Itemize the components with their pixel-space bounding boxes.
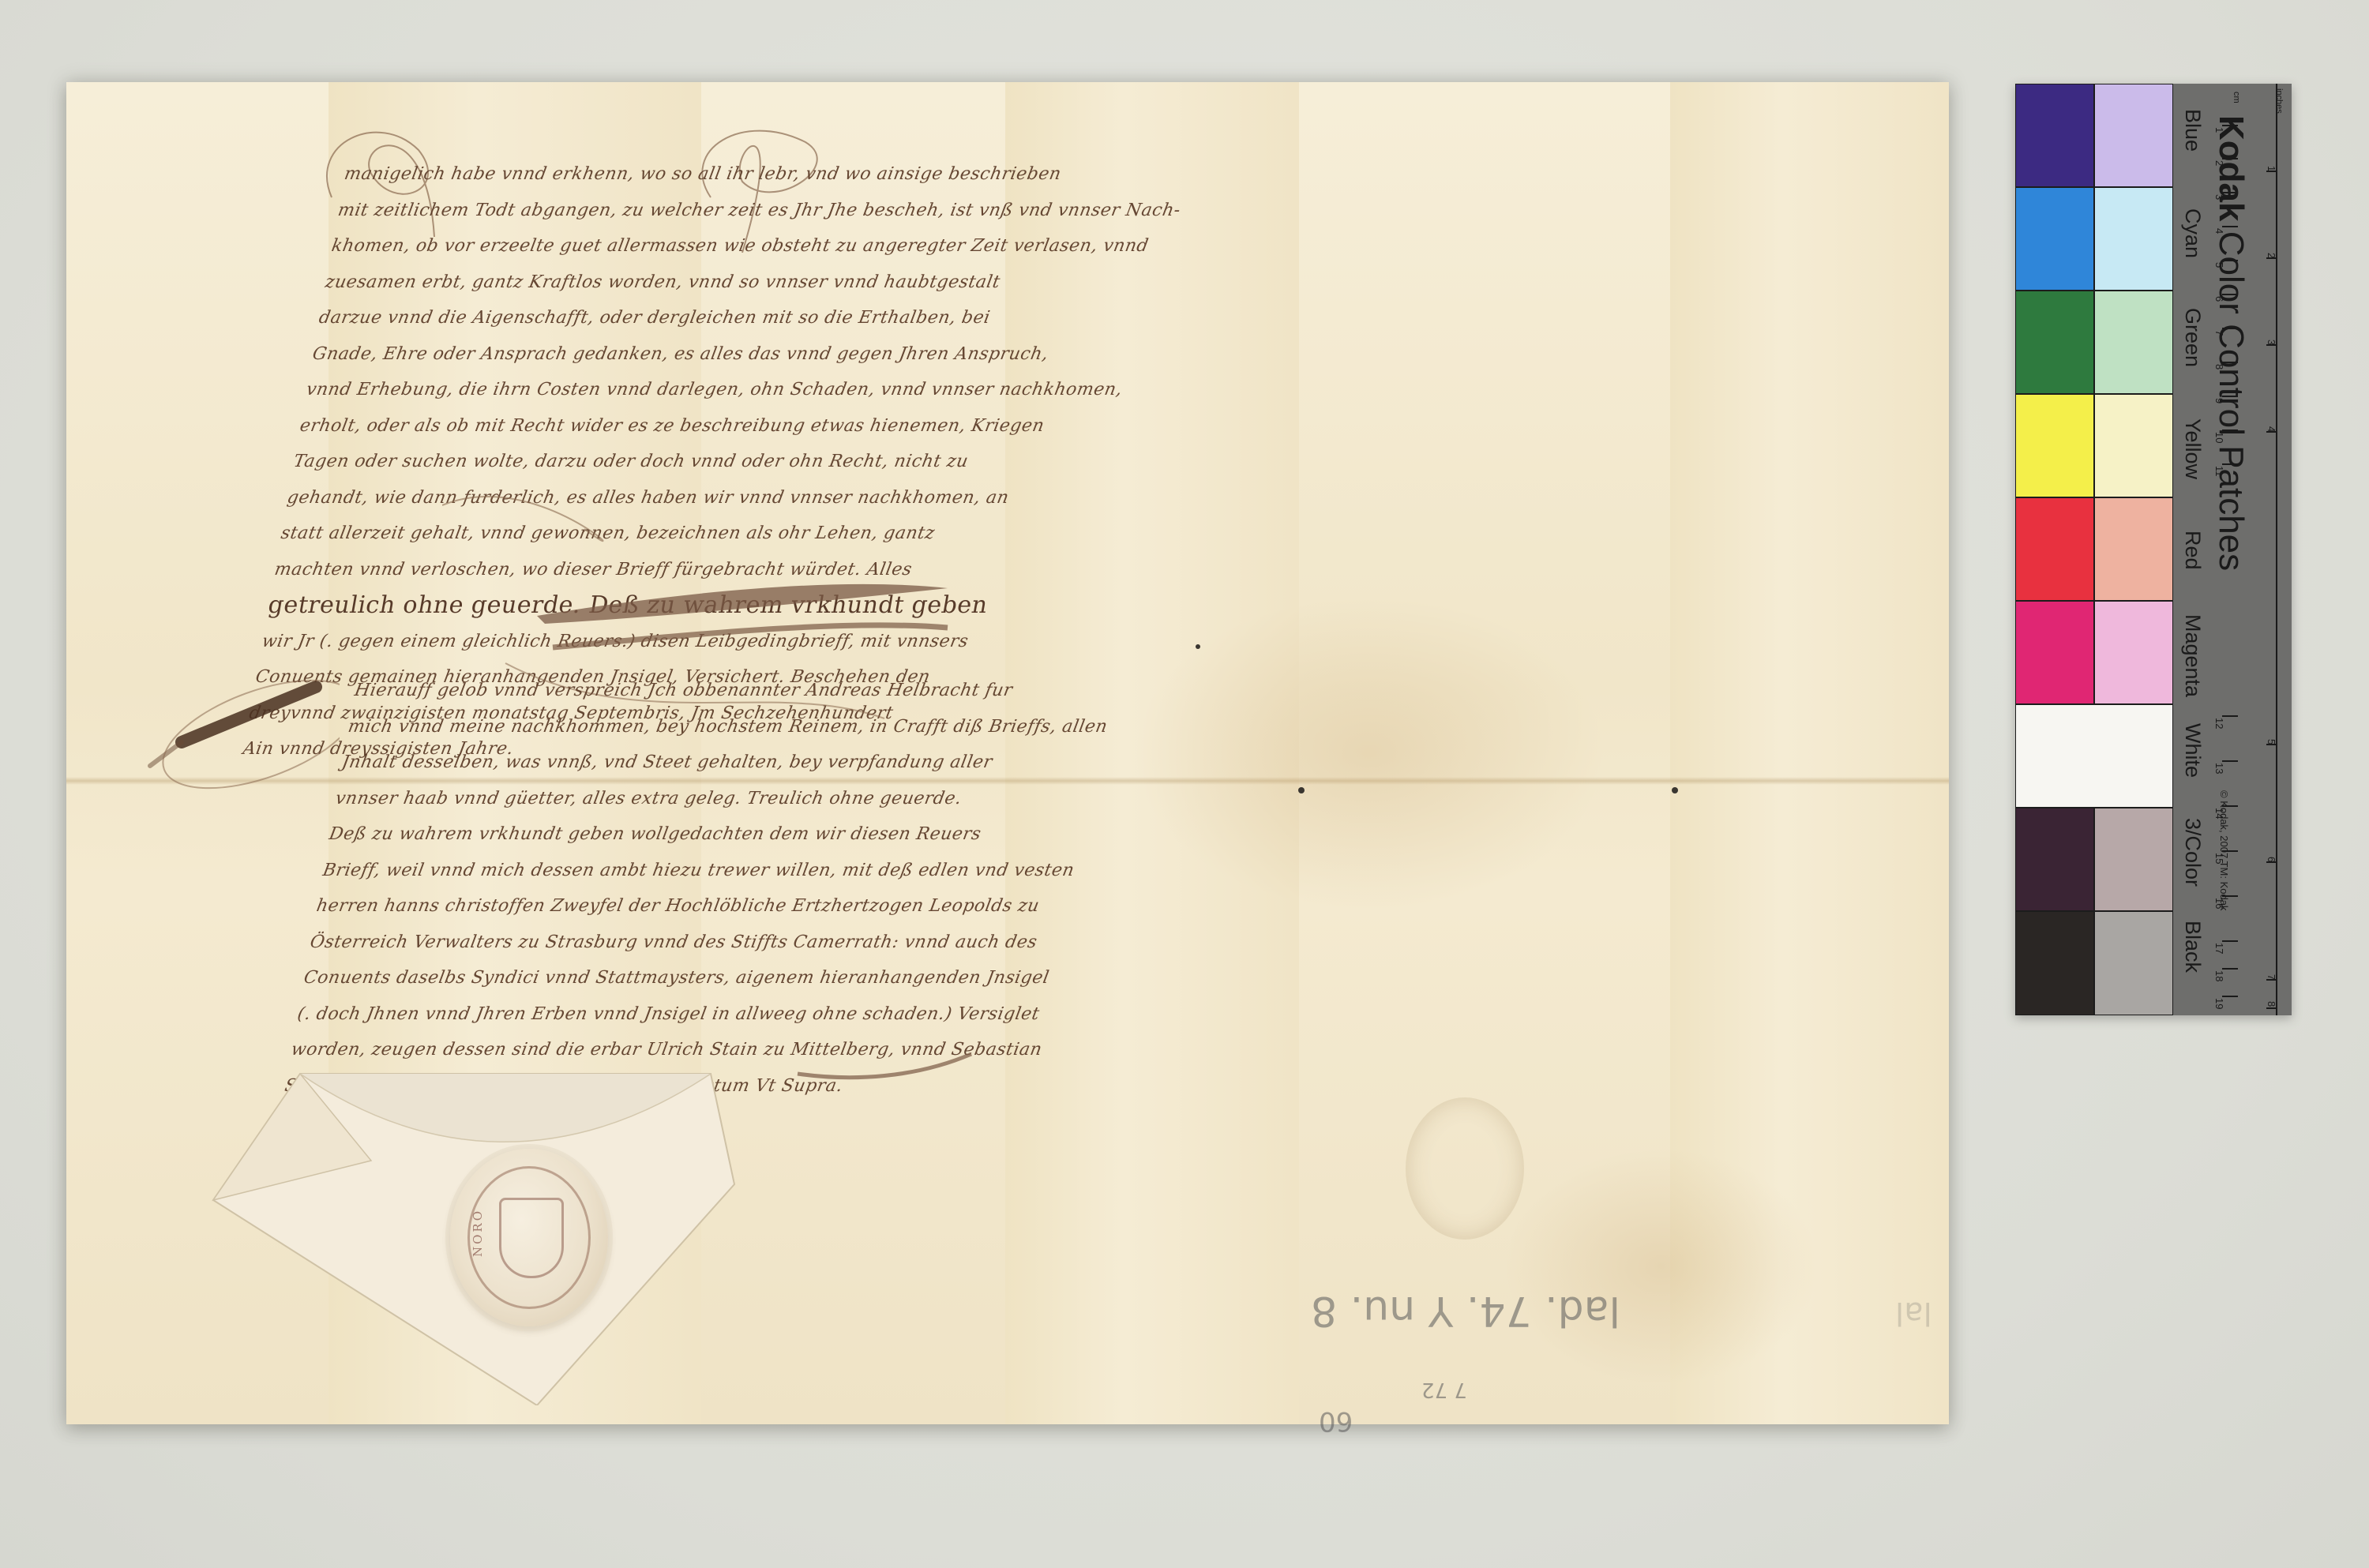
- text-line: Jnhalt desselben, was vnnß, vnd Steet ge…: [339, 745, 1104, 781]
- inch-tick-label: 4: [2266, 426, 2277, 432]
- patch-blue-dark: [2015, 84, 2094, 187]
- archive-shelfmark: lad. 74. Y nu. 8: [1311, 1287, 1620, 1334]
- text-line: Österreich Verwalters zu Strasburg vnnd …: [307, 925, 1072, 961]
- age-stain: [1504, 1148, 1819, 1385]
- text-line: gehandt, wie dann furderlich, es alles h…: [284, 480, 1133, 516]
- cm-tick-label: 15: [2213, 853, 2225, 864]
- text-line: Tagen oder suchen wolte, darzu oder doch…: [291, 444, 1139, 480]
- wax-seal: NORO: [450, 1149, 608, 1326]
- cm-tick-label: 3: [2213, 194, 2225, 200]
- patch-3color-light: [2094, 808, 2173, 911]
- text-line: khomen, ob vor erzeelte guet allermassen…: [329, 228, 1177, 264]
- manuscript-paragraph-2: Hierauff gelob vnnd verspreich Jch obben…: [282, 673, 1117, 1104]
- cm-tick-label: 17: [2213, 943, 2225, 954]
- color-patches: [2015, 84, 2173, 1015]
- patch-black-light: [2094, 911, 2173, 1015]
- patch-label-yellow: Yellow: [2180, 418, 2205, 479]
- patch-magenta-light: [2094, 601, 2173, 704]
- patch-green-light: [2094, 291, 2173, 394]
- inch-tick-label: 2: [2266, 253, 2277, 258]
- cm-tick-label: 4: [2213, 228, 2225, 234]
- archive-note-sub: 7 72: [1421, 1378, 1467, 1401]
- patch-blue-light: [2094, 84, 2173, 187]
- inch-tick-label: 5: [2266, 739, 2277, 745]
- pin-hole: [1672, 787, 1678, 793]
- archive-note-corner: lal: [1895, 1295, 1932, 1331]
- text-line: machten vnnd verloschen, wo dieser Brief…: [272, 552, 1121, 588]
- ink-speck: [1196, 644, 1200, 649]
- patch-red-light: [2094, 497, 2173, 601]
- inch-tick-label: 3: [2266, 339, 2277, 345]
- cm-unit-label: cm: [2232, 92, 2241, 103]
- cm-tick-label: 1: [2213, 127, 2225, 133]
- cm-tick-label: 8: [2213, 364, 2225, 369]
- patch-label-cyan: Cyan: [2180, 208, 2205, 258]
- text-line: wir Jr (. gegen einem gleichlich Reuers.…: [259, 624, 1108, 660]
- text-line: statt allerzeit gehalt, vnnd gewonnen, b…: [278, 516, 1127, 552]
- patch-label-black: Black: [2180, 921, 2205, 973]
- seal-legend: NORO: [471, 1209, 485, 1257]
- inch-tick-label: 7: [2266, 974, 2277, 980]
- cm-tick-label: 2: [2213, 160, 2225, 166]
- text-line: Conuents daselbs Syndici vnnd Stattmayst…: [301, 960, 1066, 996]
- patch-yellow-dark: [2015, 394, 2094, 497]
- text-line: Hierauff gelob vnnd verspreich Jch obben…: [351, 673, 1117, 709]
- patch-cyan-dark: [2015, 187, 2094, 291]
- patch-label-3color: 3/Color: [2180, 818, 2205, 887]
- inch-tick-label: 1: [2266, 166, 2277, 171]
- pin-hole: [1298, 787, 1305, 793]
- text-line: darzue vnnd die Aigenschafft, oder dergl…: [316, 300, 1165, 336]
- text-line: erholt, oder als ob mit Recht wider es z…: [297, 408, 1146, 445]
- text-line: vnnd Erhebung, die ihrn Costen vnnd darl…: [303, 372, 1152, 408]
- text-line: (. doch Jhnen vnnd Jhren Erben vnnd Jnsi…: [295, 996, 1060, 1033]
- patch-red-dark: [2015, 497, 2094, 601]
- patch-label-magenta: Magenta: [2180, 614, 2205, 697]
- cm-tick-label: 19: [2213, 998, 2225, 1009]
- patch-magenta-dark: [2015, 601, 2094, 704]
- patch-label-white: White: [2180, 723, 2205, 778]
- text-line: zuesamen erbt, gantz Kraftlos worden, vn…: [322, 264, 1171, 301]
- patch-green-dark: [2015, 291, 2094, 394]
- archive-note-sub: 60: [1319, 1405, 1353, 1437]
- cm-tick-label: 6: [2213, 296, 2225, 302]
- cm-tick-label: 7: [2213, 330, 2225, 336]
- cm-tick-label: 11: [2213, 466, 2225, 477]
- inch-tick-label: 8: [2266, 1001, 2277, 1007]
- text-line: Brieff, weil vnnd mich dessen ambt hiezu…: [320, 853, 1085, 889]
- patch-3color-dark: [2015, 808, 2094, 911]
- cm-tick-label: 12: [2213, 718, 2225, 729]
- measurement-ruler: Blue Cyan Green Yellow Red Magenta White…: [2173, 84, 2292, 1015]
- patch-label-blue: Blue: [2180, 109, 2205, 152]
- cm-tick-label: 18: [2213, 970, 2225, 981]
- kodak-color-control-strip: Blue Cyan Green Yellow Red Magenta White…: [2015, 84, 2292, 1015]
- inch-tick-label: 6: [2266, 857, 2277, 862]
- cm-tick-label: 9: [2213, 398, 2225, 403]
- patch-label-green: Green: [2180, 308, 2205, 367]
- age-stain: [1132, 595, 1606, 911]
- text-line: manigelich habe vnnd erkhenn, wo so all …: [341, 156, 1190, 193]
- text-line: mich vnnd meine nachkhommen, bey hochste…: [345, 709, 1110, 745]
- inch-axis: [2276, 84, 2277, 1015]
- cm-tick-label: 5: [2213, 262, 2225, 268]
- text-line: getreulich ohne geuerde. Deß zu wahrem v…: [265, 587, 1114, 624]
- text-line: Gnade, Ehre oder Ansprach gedanken, es a…: [310, 336, 1158, 373]
- cm-tick-label: 13: [2213, 763, 2225, 774]
- text-line: vnnser haab vnnd güetter, alles extra ge…: [332, 781, 1098, 817]
- cm-tick-label: 10: [2213, 432, 2225, 443]
- coat-of-arms-shield-icon: [499, 1198, 564, 1278]
- patch-white: [2015, 704, 2173, 808]
- text-line: herren hanns christoffen Zweyfel der Hoc…: [313, 888, 1079, 925]
- patch-black-dark: [2015, 911, 2094, 1015]
- text-line: mit zeitlichem Todt abgangen, zu welcher…: [335, 193, 1184, 229]
- patch-yellow-light: [2094, 394, 2173, 497]
- patch-label-red: Red: [2180, 531, 2205, 570]
- patch-cyan-light: [2094, 187, 2173, 291]
- cm-tick-label: 14: [2213, 808, 2225, 819]
- text-line: worden, zeugen dessen sind die erbar Ulr…: [288, 1032, 1053, 1068]
- cm-tick-label: 16: [2213, 898, 2225, 909]
- seal-impression-ghost: [1406, 1097, 1524, 1240]
- text-line: Deß zu wahrem vrkhundt geben wollgedacht…: [326, 816, 1091, 853]
